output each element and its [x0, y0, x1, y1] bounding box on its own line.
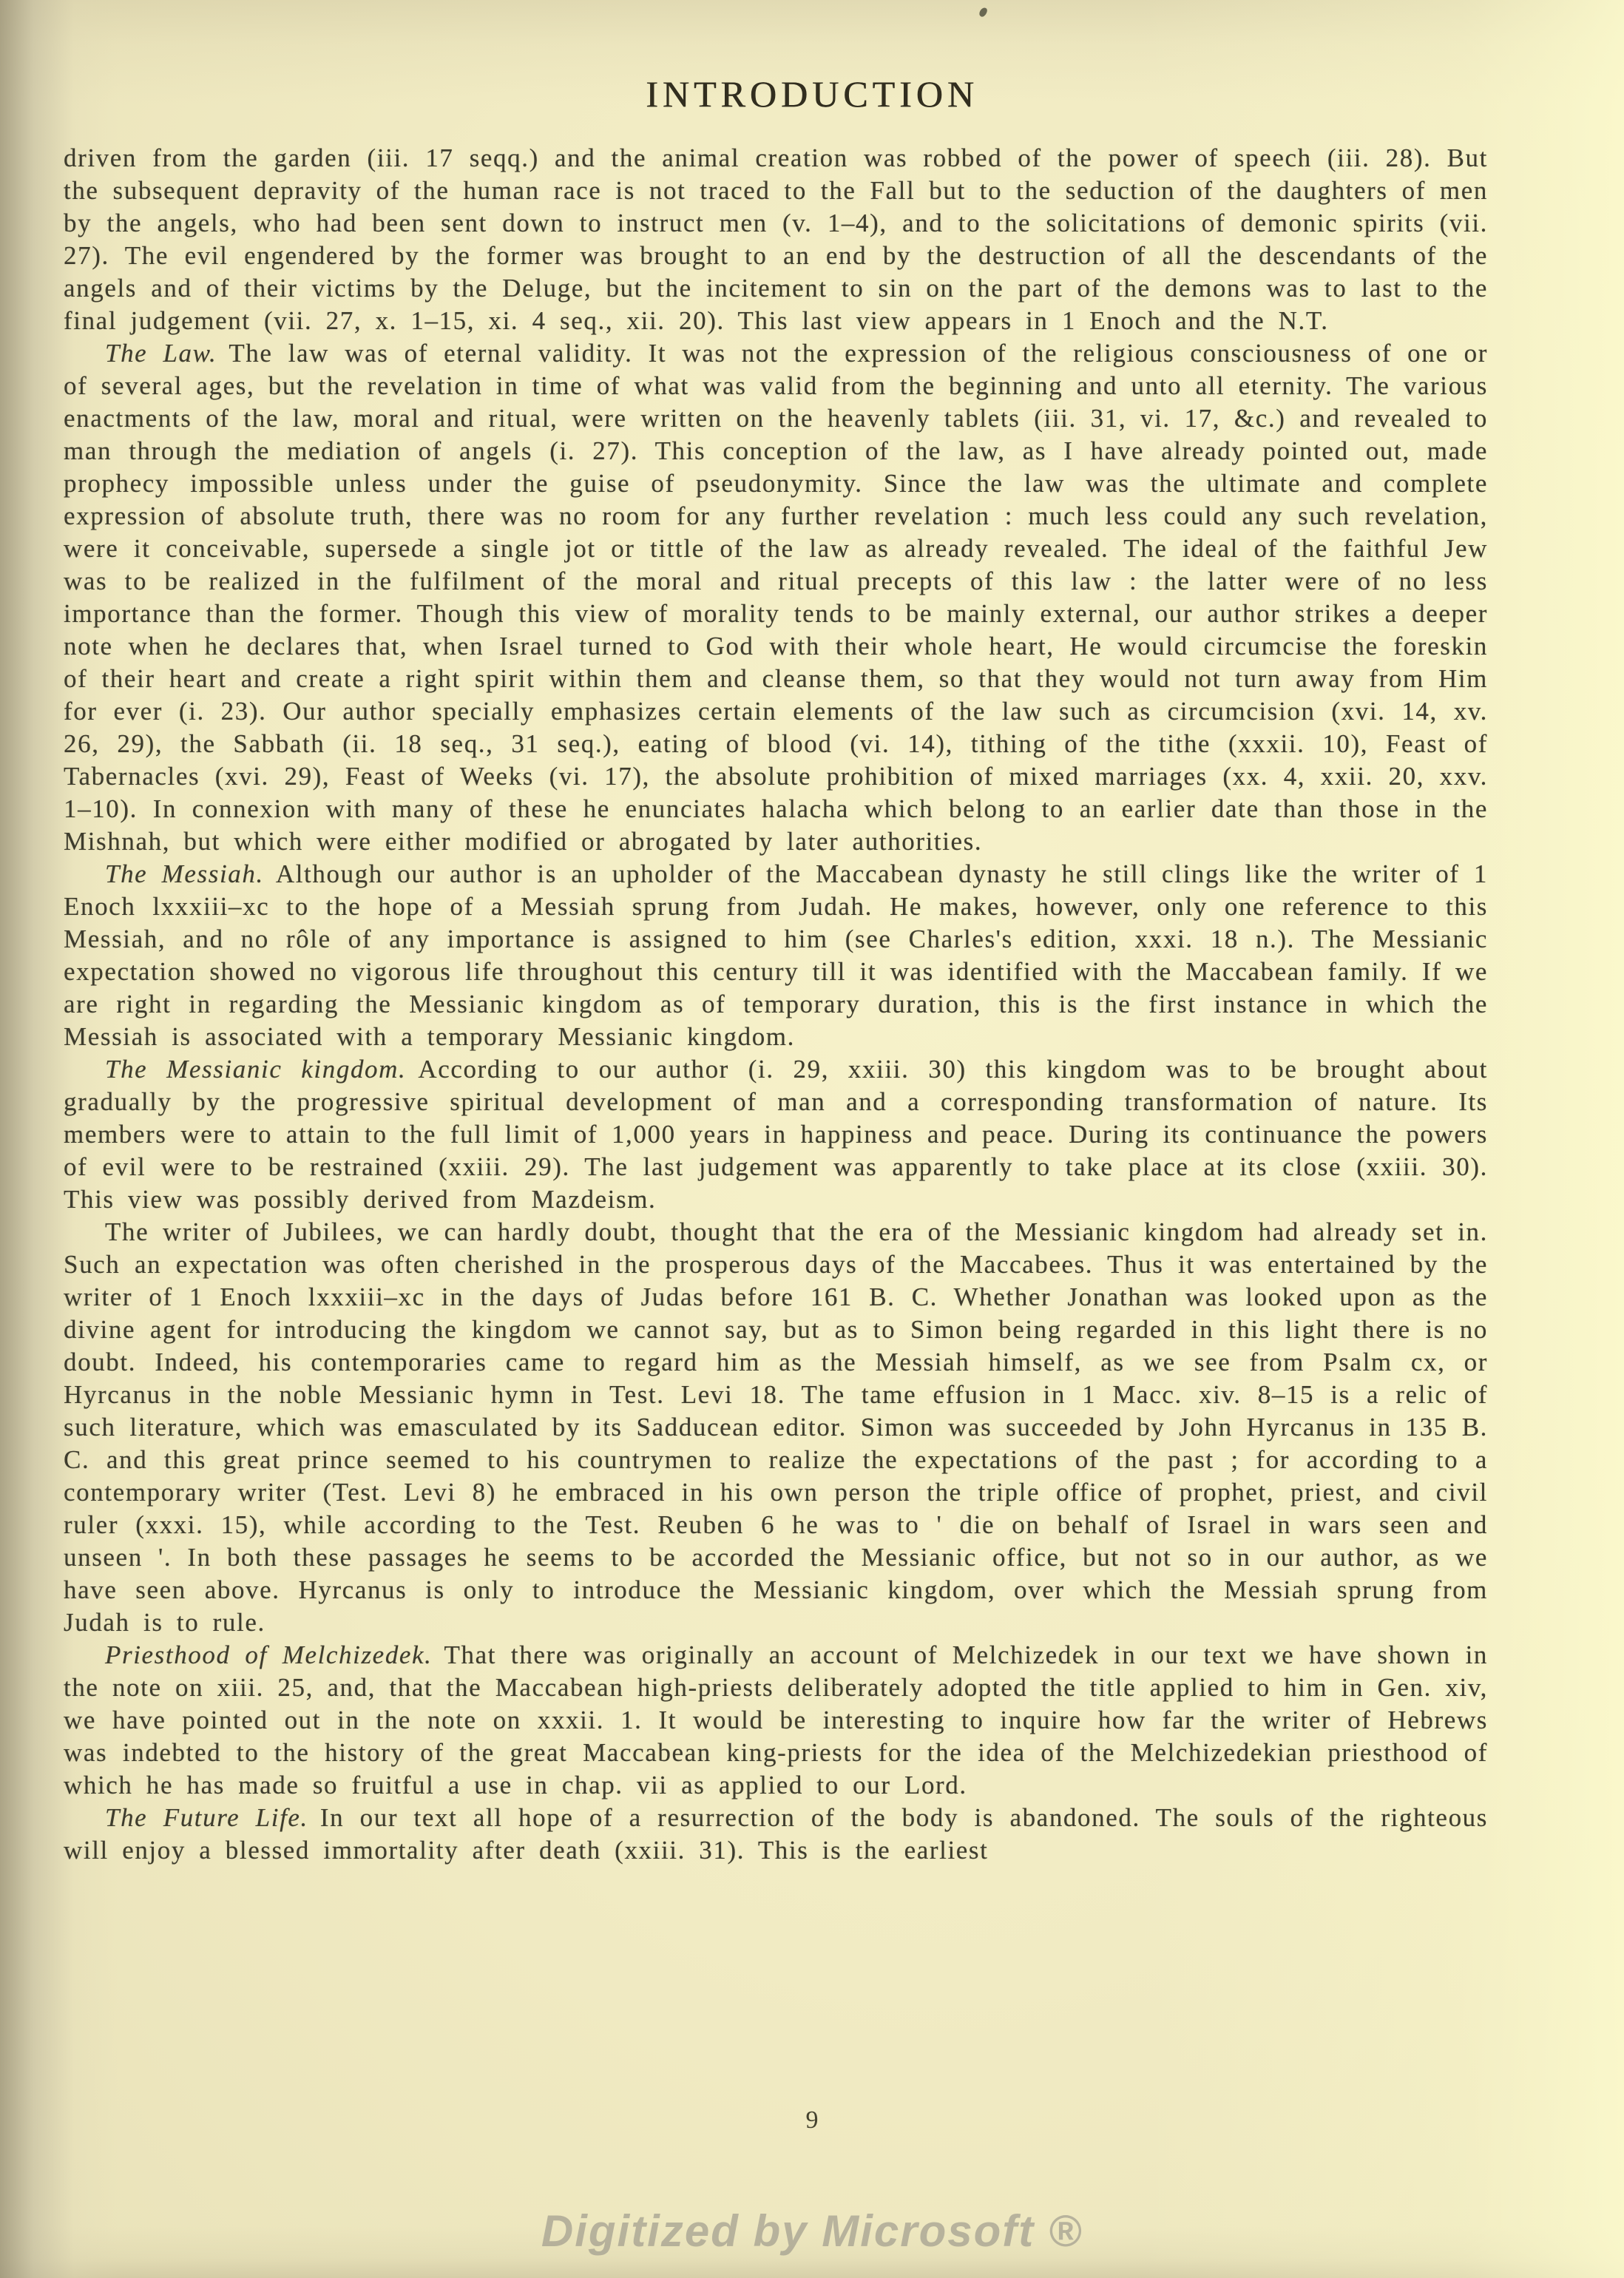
paragraph-text: The writer of Jubilees, we can hardly do…: [64, 1217, 1488, 1637]
page-number: 9: [0, 2106, 1624, 2135]
paragraph-lead: The Future Life.: [105, 1803, 308, 1832]
paragraph-lead: The Messiah.: [105, 859, 264, 888]
book-page: INTRODUCTION driven from the garden (iii…: [0, 0, 1624, 2278]
paragraph-text: driven from the garden (iii. 17 seqq.) a…: [64, 143, 1488, 335]
digitized-watermark: Digitized by Microsoft ®: [0, 2206, 1624, 2257]
paragraph: driven from the garden (iii. 17 seqq.) a…: [64, 142, 1488, 337]
paragraph: The writer of Jubilees, we can hardly do…: [64, 1216, 1488, 1639]
paragraph-lead: The Law.: [105, 339, 217, 368]
paragraph-text: Although our author is an upholder of th…: [64, 859, 1488, 1051]
paragraph-text: The law was of eternal validity. It was …: [64, 339, 1488, 856]
paragraph: Priesthood of Melchizedek.That there was…: [64, 1639, 1488, 1802]
paragraph: The Messiah.Although our author is an up…: [64, 858, 1488, 1053]
ink-speck: [978, 7, 989, 18]
paragraph-lead: Priesthood of Melchizedek.: [105, 1640, 433, 1669]
paragraph-lead: The Messianic kingdom.: [105, 1055, 406, 1084]
body-text: driven from the garden (iii. 17 seqq.) a…: [64, 142, 1488, 1867]
paragraph: The Law.The law was of eternal validity.…: [64, 337, 1488, 858]
paragraph: The Messianic kingdom.According to our a…: [64, 1053, 1488, 1216]
page-title: INTRODUCTION: [0, 72, 1624, 115]
paragraph: The Future Life.In our text all hope of …: [64, 1802, 1488, 1867]
